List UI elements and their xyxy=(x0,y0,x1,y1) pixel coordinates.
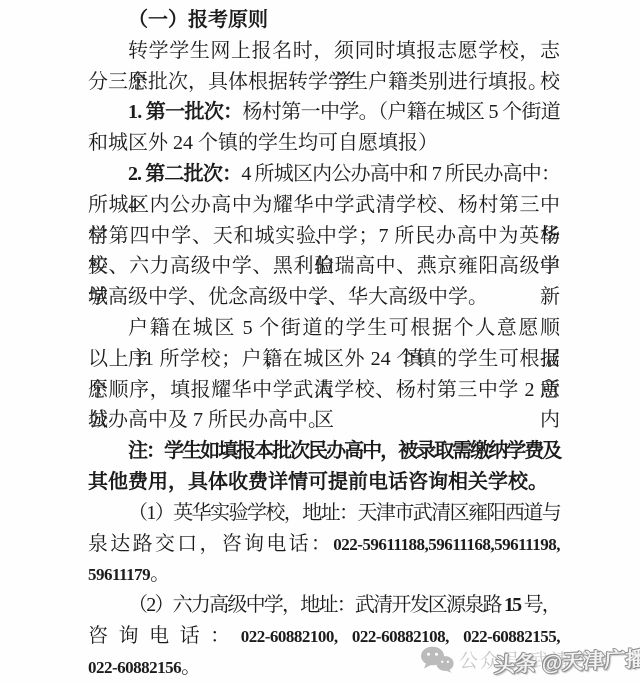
paragraph-line: 和城区外 24 个镇的学生均可自愿填报） xyxy=(88,128,560,159)
text-segment: 15 xyxy=(504,594,520,616)
text-segment: （1）英华实验学校，地址：天津市武清区雍阳西道与 xyxy=(128,502,560,524)
text-segment: 杨村第一中学。（户籍在城区 5 个街道 xyxy=(243,101,560,123)
text-segment: 022-60882100, 022-60882108, 022-60882155… xyxy=(241,627,560,646)
document-page: （一）报考原则转学学生网上报名时，须同时填报志愿学校，志愿学校分三个批次，具体根… xyxy=(0,0,640,682)
paragraph-line: 村第四中学、天和城实验中学；7 所民办高中为英华实验学 xyxy=(88,221,560,252)
paragraph-line: 022-60882156。 xyxy=(88,652,560,682)
paragraph-line: 户籍在城区 5 个街道的学生可根据个人意愿顺序，填报 xyxy=(88,313,560,344)
paragraph-line: 转学学生网上报名时，须同时填报志愿学校，志愿学校 xyxy=(88,36,560,67)
text-segment: 泉达路交口，咨询电话： xyxy=(88,533,333,555)
text-segment: 城高级中学、优念高级中学、华大高级中学。 xyxy=(88,286,488,308)
text-segment: （一）报考原则 xyxy=(128,9,268,31)
paragraph-line: 愿顺序，填报耀华中学武清学校、杨村第三中学 2 所城区内 xyxy=(88,375,560,406)
paragraph-line: 校、六力高级中学、黑利伯瑞高中、燕京雍阳高级中学、新 xyxy=(88,251,560,282)
text-segment: 022-60882156 xyxy=(88,658,181,677)
paragraph-line: （1）英华实验学校，地址：天津市武清区雍阳西道与 xyxy=(88,498,560,529)
paragraph-line: 1. 第一批次：杨村第一中学。（户籍在城区 5 个街道 xyxy=(88,97,560,128)
text-segment: 咨询电话： xyxy=(88,625,241,647)
paragraph-line: 咨询电话：022-60882100, 022-60882108, 022-608… xyxy=(88,621,560,652)
note-line: 注：学生如填报本批次民办高中，被录取需缴纳学费及 xyxy=(88,436,560,467)
paragraph-line: 2. 第二批次：4 所城区内公办高中和 7 所民办高中：4 xyxy=(88,159,560,190)
text-segment: 1. 第一批次： xyxy=(128,101,243,123)
document-body: （一）报考原则转学学生网上报名时，须同时填报志愿学校，志愿学校分三个批次，具体根… xyxy=(88,5,560,682)
note-line: 其他费用，具体收费详情可提前电话咨询相关学校。 xyxy=(88,467,560,498)
text-segment: 和城区外 24 个镇的学生均可自愿填报） xyxy=(88,132,438,154)
paragraph-line: 所城区内公办高中为耀华中学武清学校、杨村第三中学、杨 xyxy=(88,190,560,221)
text-segment: 。 xyxy=(150,563,170,585)
paragraph-line: 泉达路交口，咨询电话：022-59611188,59611168,5961119… xyxy=(88,529,560,560)
text-segment: 。 xyxy=(181,656,201,678)
text-segment: 2. 第二批次： xyxy=(128,163,241,185)
paragraph-line: 59611179。 xyxy=(88,559,560,590)
text-segment: 其他费用，具体收费详情可提前电话咨询相关学校。 xyxy=(88,471,548,493)
text-segment: （2）六力高级中学，地址：武清开发区源泉路 xyxy=(128,594,504,616)
text-segment: 59611179 xyxy=(88,565,150,584)
text-segment: 分三个批次，具体根据转学学生户籍类别进行填报。 xyxy=(88,71,548,93)
paragraph-line: （2）六力高级中学，地址：武清开发区源泉路 15 号， xyxy=(88,590,560,621)
text-segment: 号， xyxy=(520,594,560,616)
text-segment: 公办高中及 7 所民办高中。 xyxy=(88,409,328,431)
text-segment: 022-59611188,59611168,59611198, xyxy=(333,535,560,554)
section-heading: （一）报考原则 xyxy=(88,5,560,36)
paragraph-line: 以上 11 所学校；户籍在城区外 24 个镇的学生可根据个人意 xyxy=(88,344,560,375)
text-segment: 注：学生如填报本批次民办高中，被录取需缴纳学费及 xyxy=(128,440,560,462)
paragraph-line: 分三个批次，具体根据转学学生户籍类别进行填报。 xyxy=(88,67,560,98)
